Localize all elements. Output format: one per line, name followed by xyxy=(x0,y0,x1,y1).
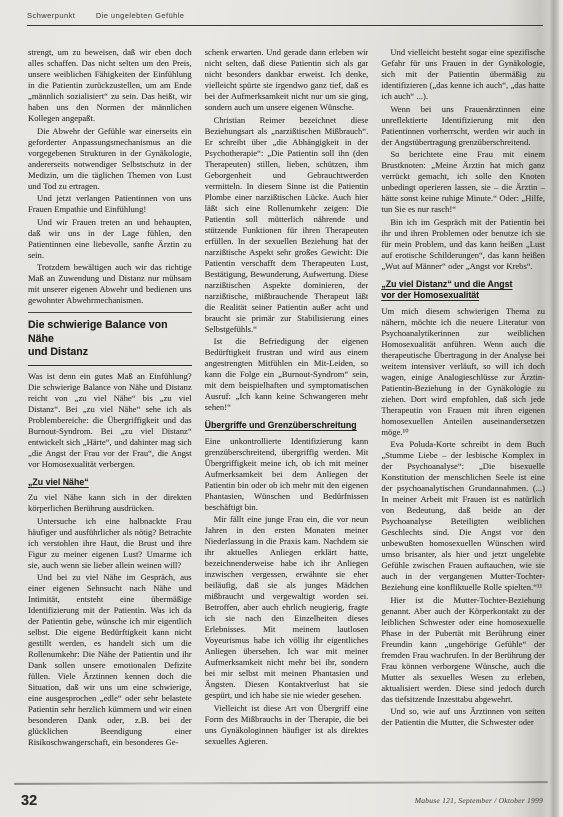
paragraph: Was ist denn ein gutes Maß an Einfühlung… xyxy=(28,371,192,470)
paragraph: Untersuche ich eine halbnackte Frau häuf… xyxy=(28,516,192,571)
column-middle: schenk erwarten. Und gerade dann erleben… xyxy=(205,47,369,781)
running-header: Schwerpunkt Die ungelebten Gefühle xyxy=(27,11,543,26)
article-body: strengt, um zu beweisen, daß wir eben do… xyxy=(28,47,545,781)
footer-rule xyxy=(14,781,548,785)
page-number: 32 xyxy=(21,793,37,809)
column-left: strengt, um zu beweisen, daß wir eben do… xyxy=(28,47,192,781)
paragraph: So berichtete eine Frau mit einem Brustk… xyxy=(381,149,545,215)
subheading-zu-viel-distanz-homosexualitaet: „Zu viel Distanz“ und die Angst vor der … xyxy=(381,279,545,302)
paragraph: Und vielleicht besteht sogar eine spezif… xyxy=(381,47,545,102)
section-heading-balance-naehe-distanz: Die schwierige Balance von Nähe und Dist… xyxy=(28,312,192,366)
subheading-uebergriffe-grenzueberschreitung: Übergriffe und Grenzüberschreitung xyxy=(205,420,369,432)
subheading-zu-viel-naehe: „Zu viel Nähe“ xyxy=(28,477,192,489)
journal-issue-line: Mabuse 121, September / Oktober 1999 xyxy=(415,796,543,805)
paragraph: Zu viel Nähe kann sich in der direkten k… xyxy=(28,492,192,514)
paragraph: Bin ich im Gespräch mit der Patientin be… xyxy=(381,217,545,272)
paragraph: Wenn bei uns Frauenärztinnen eine unrefl… xyxy=(381,104,545,148)
paragraph: Eva Poluda-Korte schreibt in dem Buch „S… xyxy=(381,439,545,593)
paragraph: Um mich diesem schwierigen Thema zu nähe… xyxy=(381,306,545,438)
paragraph: Die Abwehr der Gefühle war einerseits ei… xyxy=(28,126,192,192)
paragraph: Trotzdem bewältigen auch wir das richtig… xyxy=(28,262,192,306)
column-right: Und vielleicht besteht sogar eine spezif… xyxy=(381,47,545,781)
paragraph: Und so, wie auf uns Ärztinnen von seiten… xyxy=(381,706,545,728)
paragraph: Mir fällt eine junge Frau ein, die vor n… xyxy=(205,514,369,701)
running-header-section: Schwerpunkt xyxy=(27,11,75,20)
paragraph: Christian Reimer bezeichnet diese Bezieh… xyxy=(205,115,369,335)
scanned-journal-page: Schwerpunkt Die ungelebten Gefühle stren… xyxy=(0,0,563,817)
paragraph: Vielleicht ist diese Art von Übergriff e… xyxy=(205,703,369,747)
paragraph: strengt, um zu beweisen, daß wir eben do… xyxy=(28,47,192,124)
paragraph: Und wir Frauen treten an und behaupten, … xyxy=(28,217,192,261)
paragraph: Ist die Befriedigung der eigenen Bedürft… xyxy=(205,336,369,413)
paragraph: Und jetzt verlangen Patientinnen von uns… xyxy=(28,193,192,215)
paragraph: Und bei zu viel Nähe im Gespräch, aus ei… xyxy=(28,572,192,748)
paragraph: Eine unkontrollierte Identifizierung kan… xyxy=(205,436,369,513)
scan-edge-shadow xyxy=(549,0,559,817)
paragraph: Hier ist die Mutter-Tochter-Beziehung ge… xyxy=(381,595,545,705)
paragraph: schenk erwarten. Und gerade dann erleben… xyxy=(205,47,369,113)
running-header-title: Die ungelebten Gefühle xyxy=(96,11,185,20)
